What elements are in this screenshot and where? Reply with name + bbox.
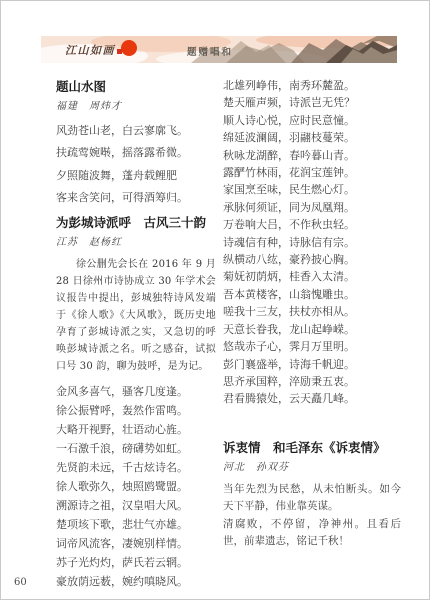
journal-page: 江山如画 题赠唱和 题山水图 福建 周炜才 风劲苍山老，白云寥廓飞。扶疏莺婉啭，…: [0, 0, 430, 600]
poem2-preface: 徐公删先会长在 2016 年 9 月 28 日徐州市诗协成立 30 年学术会议报…: [56, 256, 216, 375]
header-painting: 江山如画 题赠唱和: [41, 36, 397, 63]
poem2-body-right: 北雄列峥伟，南秀环麓盈。楚天雁声频，诗派岂无凭？顺人诗心悦，应时民意憧。绵延波澜…: [223, 77, 401, 408]
poem-line: 吾本黄楼客，山翁愧雕虫。: [223, 286, 401, 303]
poem-line: 溯源诗之祖，汉皇唱大风。: [56, 496, 216, 515]
poem-line: 北雄列峥伟，南秀环麓盈。: [223, 77, 401, 94]
poem-line: 苏子光灼灼，萨氏若云辋。: [56, 553, 216, 572]
right-column: 北雄列峥伟，南秀环麓盈。楚天雁声频，诗派岂无凭？顺人诗心悦，应时民意憧。绵延波澜…: [223, 77, 401, 551]
poem-line: 风劲苍山老，白云寥廓飞。: [56, 120, 216, 142]
poem-line: 客来含笑问，可得酒筹归。: [56, 187, 216, 209]
poem-line: 豪放荫远薮，婉约嗔晓风。: [56, 572, 216, 591]
poem-line: 万卷响大吕，不作秋虫轻。: [223, 216, 401, 233]
poem1-author: 福建 周炜才: [56, 101, 216, 112]
poem-line: 君看腾猿处，云天矗几峰。: [223, 390, 401, 407]
poem-line: 思齐承国粹，淬励秉五衷。: [223, 373, 401, 390]
poem-line: 金风多喜气，骚客几度逢。: [56, 382, 216, 401]
section-title: 题赠唱和: [187, 44, 233, 58]
poem-line: 菊妩初荫炳，桂香入太清。: [223, 268, 401, 285]
red-seal-icon: [117, 49, 122, 54]
ci-paragraph: 当年先烈为民愁，从未怕断头。如今天下平静，伟业靠英谋。: [223, 481, 401, 516]
poem-line: 楚天雁声频，诗派岂无凭？: [223, 94, 401, 111]
poem-line: 天意长眷我，龙山起峥嵘。: [223, 321, 401, 338]
poem-line: 顺人诗心悦，应时民意憧。: [223, 112, 401, 129]
poem-line: 徐公振臂呼，轰然作雷鸣。: [56, 401, 216, 420]
poem2-author: 江苏 赵杨红: [56, 237, 216, 248]
poem3-author: 河北 孙双芬: [223, 462, 401, 473]
poem3-body: 当年先烈为民愁，从未怕断头。如今天下平静，伟业靠英谋。 清腐败，不停留，净神州。…: [223, 481, 401, 551]
calligraphy-text: 江山如画: [65, 44, 115, 57]
poem-line: 露酽竹林雨，花润宝莲钟。: [223, 164, 401, 181]
poem-line: 一石激千浪，磅礴势如虹。: [56, 439, 216, 458]
poem-line: 悠哉赤子心，霁月万里明。: [223, 338, 401, 355]
poem-line: 承脉何须证，同为凤凰翔。: [223, 199, 401, 216]
poem-line: 词帝风流客，凄婉别样情。: [56, 534, 216, 553]
poem-line: 诗魂信有种，诗脉信有宗。: [223, 234, 401, 251]
poem2-title: 为彭城诗派呼 古风三十韵: [56, 217, 216, 230]
page-number: 60: [14, 577, 27, 588]
poem-line: 家国烹至味，民生燃心灯。: [223, 181, 401, 198]
poem1-body: 风劲苍山老，白云寥廓飞。扶疏莺婉啭，摇落露希微。夕照随波舞，蓬舟载鲤肥客来含笑问…: [56, 120, 216, 209]
poem-line: 绵延波澜阔，羽翮枝蔓荣。: [223, 129, 401, 146]
left-column: 题山水图 福建 周炜才 风劲苍山老，白云寥廓飞。扶疏莺婉啭，摇落露希微。夕照随波…: [56, 81, 216, 591]
ci-paragraph: 清腐败，不停留，净神州。且看后世，前辈遗志，铭记千秋！: [223, 516, 401, 551]
poem-line: 徐人歌弥久，烛照鸥鹭盟。: [56, 477, 216, 496]
poem2-body-left: 金风多喜气，骚客几度逢。徐公振臂呼，轰然作雷鸣。大略开视野，壮语动心旌。一石激千…: [56, 382, 216, 591]
poem-line: 彭门襄盛举，诗海千帆迎。: [223, 356, 401, 373]
poem-line: 先贤韵未远，千古炫诗名。: [56, 458, 216, 477]
poem-line: 嗟我十三友，扶杖亦相从。: [223, 303, 401, 320]
poem-line: 楚项垓下歌，悲壮气亦雄。: [56, 515, 216, 534]
poem-line: 夕照随波舞，蓬舟载鲤肥: [56, 165, 216, 187]
poem3-title: 诉衷情 和毛泽东《诉衷情》: [223, 442, 401, 455]
poem1-title: 题山水图: [56, 81, 216, 94]
poem-line: 纵横动八纮，豪矜披心胸。: [223, 251, 401, 268]
calligraphy-title: 江山如画: [65, 42, 122, 58]
poem-line: 秋咏龙湖醉，春吟暮山青。: [223, 147, 401, 164]
poem3-block: 诉衷情 和毛泽东《诉衷情》 河北 孙双芬 当年先烈为民愁，从未怕断头。如今天下平…: [223, 442, 401, 551]
poem-line: 大略开视野，壮语动心旌。: [56, 420, 216, 439]
poem-line: 扶疏莺婉啭，摇落露希微。: [56, 142, 216, 164]
red-sun-icon: [121, 40, 137, 56]
